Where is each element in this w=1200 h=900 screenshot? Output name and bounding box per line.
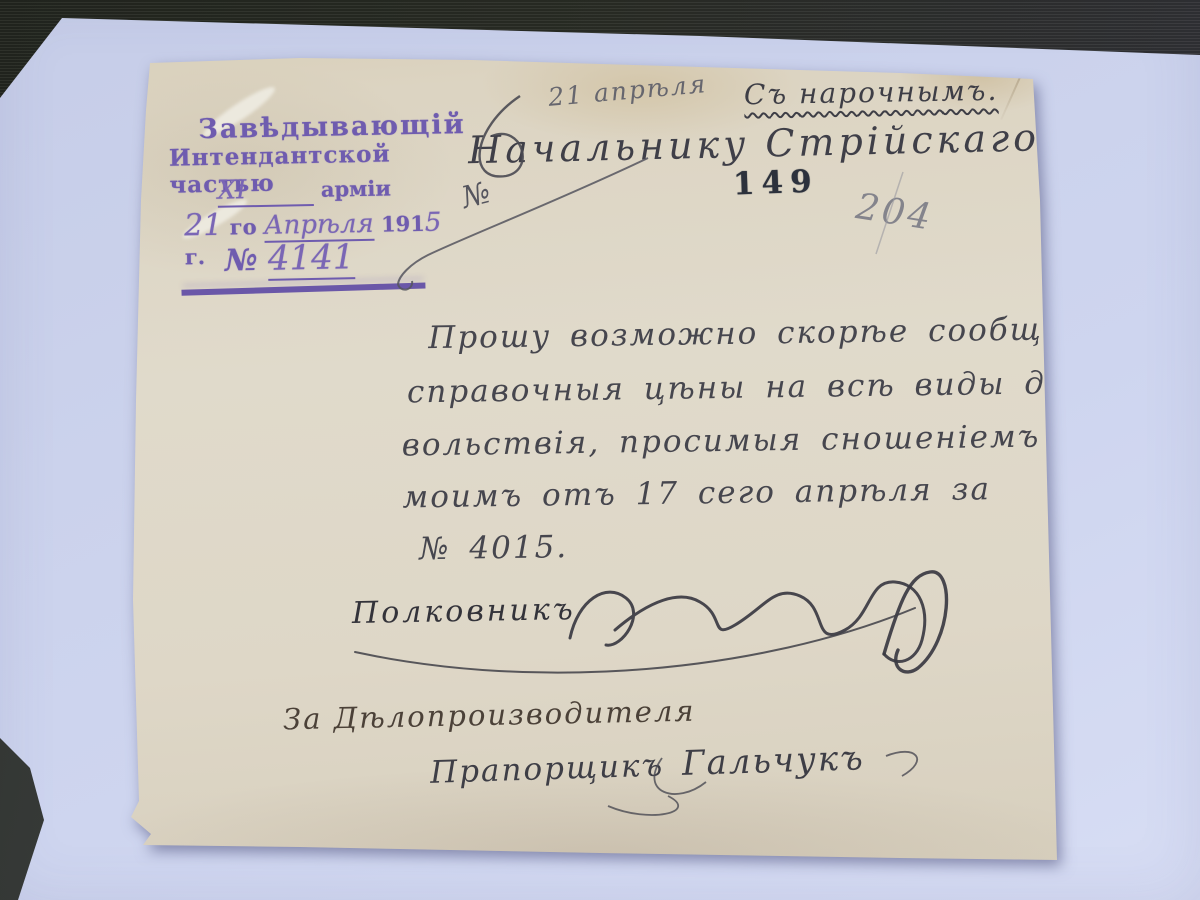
document-sheet: Завѣдывающій Интендантской частью XI арм…	[0, 0, 1200, 900]
body-line: вольствія, просимыя сношеніемъ	[402, 419, 1041, 464]
no-scribble-mark: №	[458, 175, 494, 216]
corner-fold-crease	[1000, 66, 1025, 120]
stamp-day-suffix: го	[230, 214, 257, 240]
stamp-month: Апрѣля	[264, 209, 374, 241]
clerk-name-signature: Гальчукъ	[681, 738, 865, 784]
stamp-army-numeral: XI	[217, 175, 246, 206]
delivery-note: Съ нарочнымъ.	[744, 74, 999, 111]
body-line: № 4015.	[419, 529, 568, 567]
colonel-signature-flourish	[570, 582, 925, 662]
registry-number-stamp: 149	[732, 164, 819, 203]
body-line: Прошу возможно скорѣе сообщить	[428, 310, 1115, 356]
body-line: моимъ отъ 17 сего апрѣля за	[402, 471, 991, 515]
document-wrapper: Завѣдывающій Интендантской частью XI арм…	[0, 0, 1200, 900]
stamp-year-suffix: г.	[185, 244, 206, 269]
stamp-no-sign: №	[225, 243, 258, 279]
photo-of-document: Завѣдывающій Интендантской частью XI арм…	[0, 0, 1200, 900]
stamp-day: 21	[184, 208, 223, 244]
clerk-for-line: За Дѣлопроизводителя	[283, 694, 696, 737]
clerk-rank-label: Прапорщикъ	[430, 747, 665, 790]
colonel-signature-tail	[884, 572, 946, 672]
letter-body: Прошу возможно скорѣе сообщить справочны…	[400, 312, 1040, 321]
pencil-number: 204	[853, 186, 936, 239]
stamp-year-digit: 5	[425, 208, 442, 238]
stamp-bottom-rule	[181, 283, 425, 296]
stamp-number: 4141	[268, 237, 355, 279]
stamp-army-word: арміи	[321, 175, 392, 201]
clerk-name-flourish	[886, 752, 917, 776]
addressee-line: Начальнику Стрійскаго уѣзда	[468, 112, 1200, 173]
colonel-rank-label: Полковникъ	[352, 592, 576, 631]
body-line: справочныя цѣны на всѣ виды до	[407, 365, 1067, 410]
pencil-date-note: 21 апрѣля	[547, 69, 708, 112]
clerk-signature-line: ПрапорщикъГальчукъ	[429, 738, 865, 792]
intendant-office-stamp: Завѣдывающій Интендантской частью XI арм…	[160, 105, 460, 111]
stamp-year-printed: 191	[381, 211, 425, 237]
